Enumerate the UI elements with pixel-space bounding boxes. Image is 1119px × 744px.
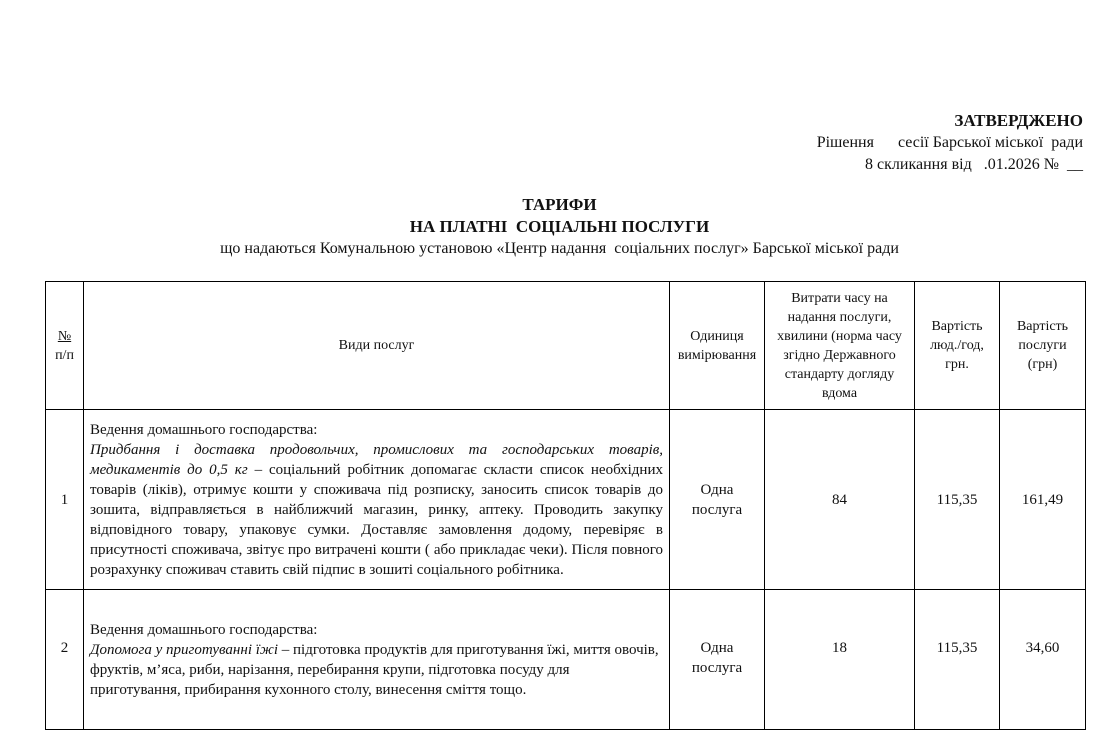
approved-heading: ЗАТВЕРДЖЕНО — [817, 110, 1083, 132]
service-details: – соціальний робітник допомагає скласти … — [90, 462, 663, 578]
approval-stamp: ЗАТВЕРДЖЕНО Рішення сесії Барської міськ… — [817, 110, 1083, 176]
row-number: 2 — [46, 590, 84, 730]
service-description: Ведення домашнього господарства: Допомог… — [84, 590, 670, 730]
header-time: Витрати часу на надання послуги, хвилини… — [765, 282, 915, 410]
table-row: 2 Ведення домашнього господарства: Допом… — [46, 590, 1086, 730]
service-time: 18 — [765, 590, 915, 730]
row-number: 1 — [46, 410, 84, 590]
header-hourly-rate: Вартість люд./год, грн. — [915, 282, 1000, 410]
document-title: ТАРИФИ НА ПЛАТНІ СОЦІАЛЬНІ ПОСЛУГИ що на… — [0, 194, 1119, 260]
title-subtitle: що надаються Комунальною установою «Цент… — [0, 238, 1119, 260]
service-description: Ведення домашнього господарства: Придбан… — [84, 410, 670, 590]
table-row: 1 Ведення домашнього господарства: Придб… — [46, 410, 1086, 590]
table-header-row: № п/п Види послуг Одиниця вимірювання Ви… — [46, 282, 1086, 410]
service-rate: 115,35 — [915, 410, 1000, 590]
service-rate: 115,35 — [915, 590, 1000, 730]
header-unit: Одиниця вимірювання — [670, 282, 765, 410]
header-number: № п/п — [46, 282, 84, 410]
service-name: Допомога у приготуванні їжі — [90, 642, 278, 658]
service-unit: Одна послуга — [670, 410, 765, 590]
service-category: Ведення домашнього господарства: — [90, 422, 317, 438]
service-time: 84 — [765, 410, 915, 590]
header-service-cost: Вартість послуги (грн) — [1000, 282, 1086, 410]
approval-date-line: 8 скликання від .01.2026 № __ — [817, 154, 1083, 176]
title-line-2: НА ПЛАТНІ СОЦІАЛЬНІ ПОСЛУГИ — [0, 216, 1119, 238]
service-cost: 161,49 — [1000, 410, 1086, 590]
service-unit: Одна послуга — [670, 590, 765, 730]
title-line-1: ТАРИФИ — [0, 194, 1119, 216]
header-service-types: Види послуг — [84, 282, 670, 410]
header-number-symbol: № — [58, 329, 71, 344]
header-number-sub: п/п — [55, 348, 74, 363]
service-category: Ведення домашнього господарства: — [90, 622, 317, 638]
service-cost: 34,60 — [1000, 590, 1086, 730]
approval-decision-line: Рішення сесії Барської міської ради — [817, 132, 1083, 154]
tariffs-table: № п/п Види послуг Одиниця вимірювання Ви… — [45, 281, 1086, 730]
